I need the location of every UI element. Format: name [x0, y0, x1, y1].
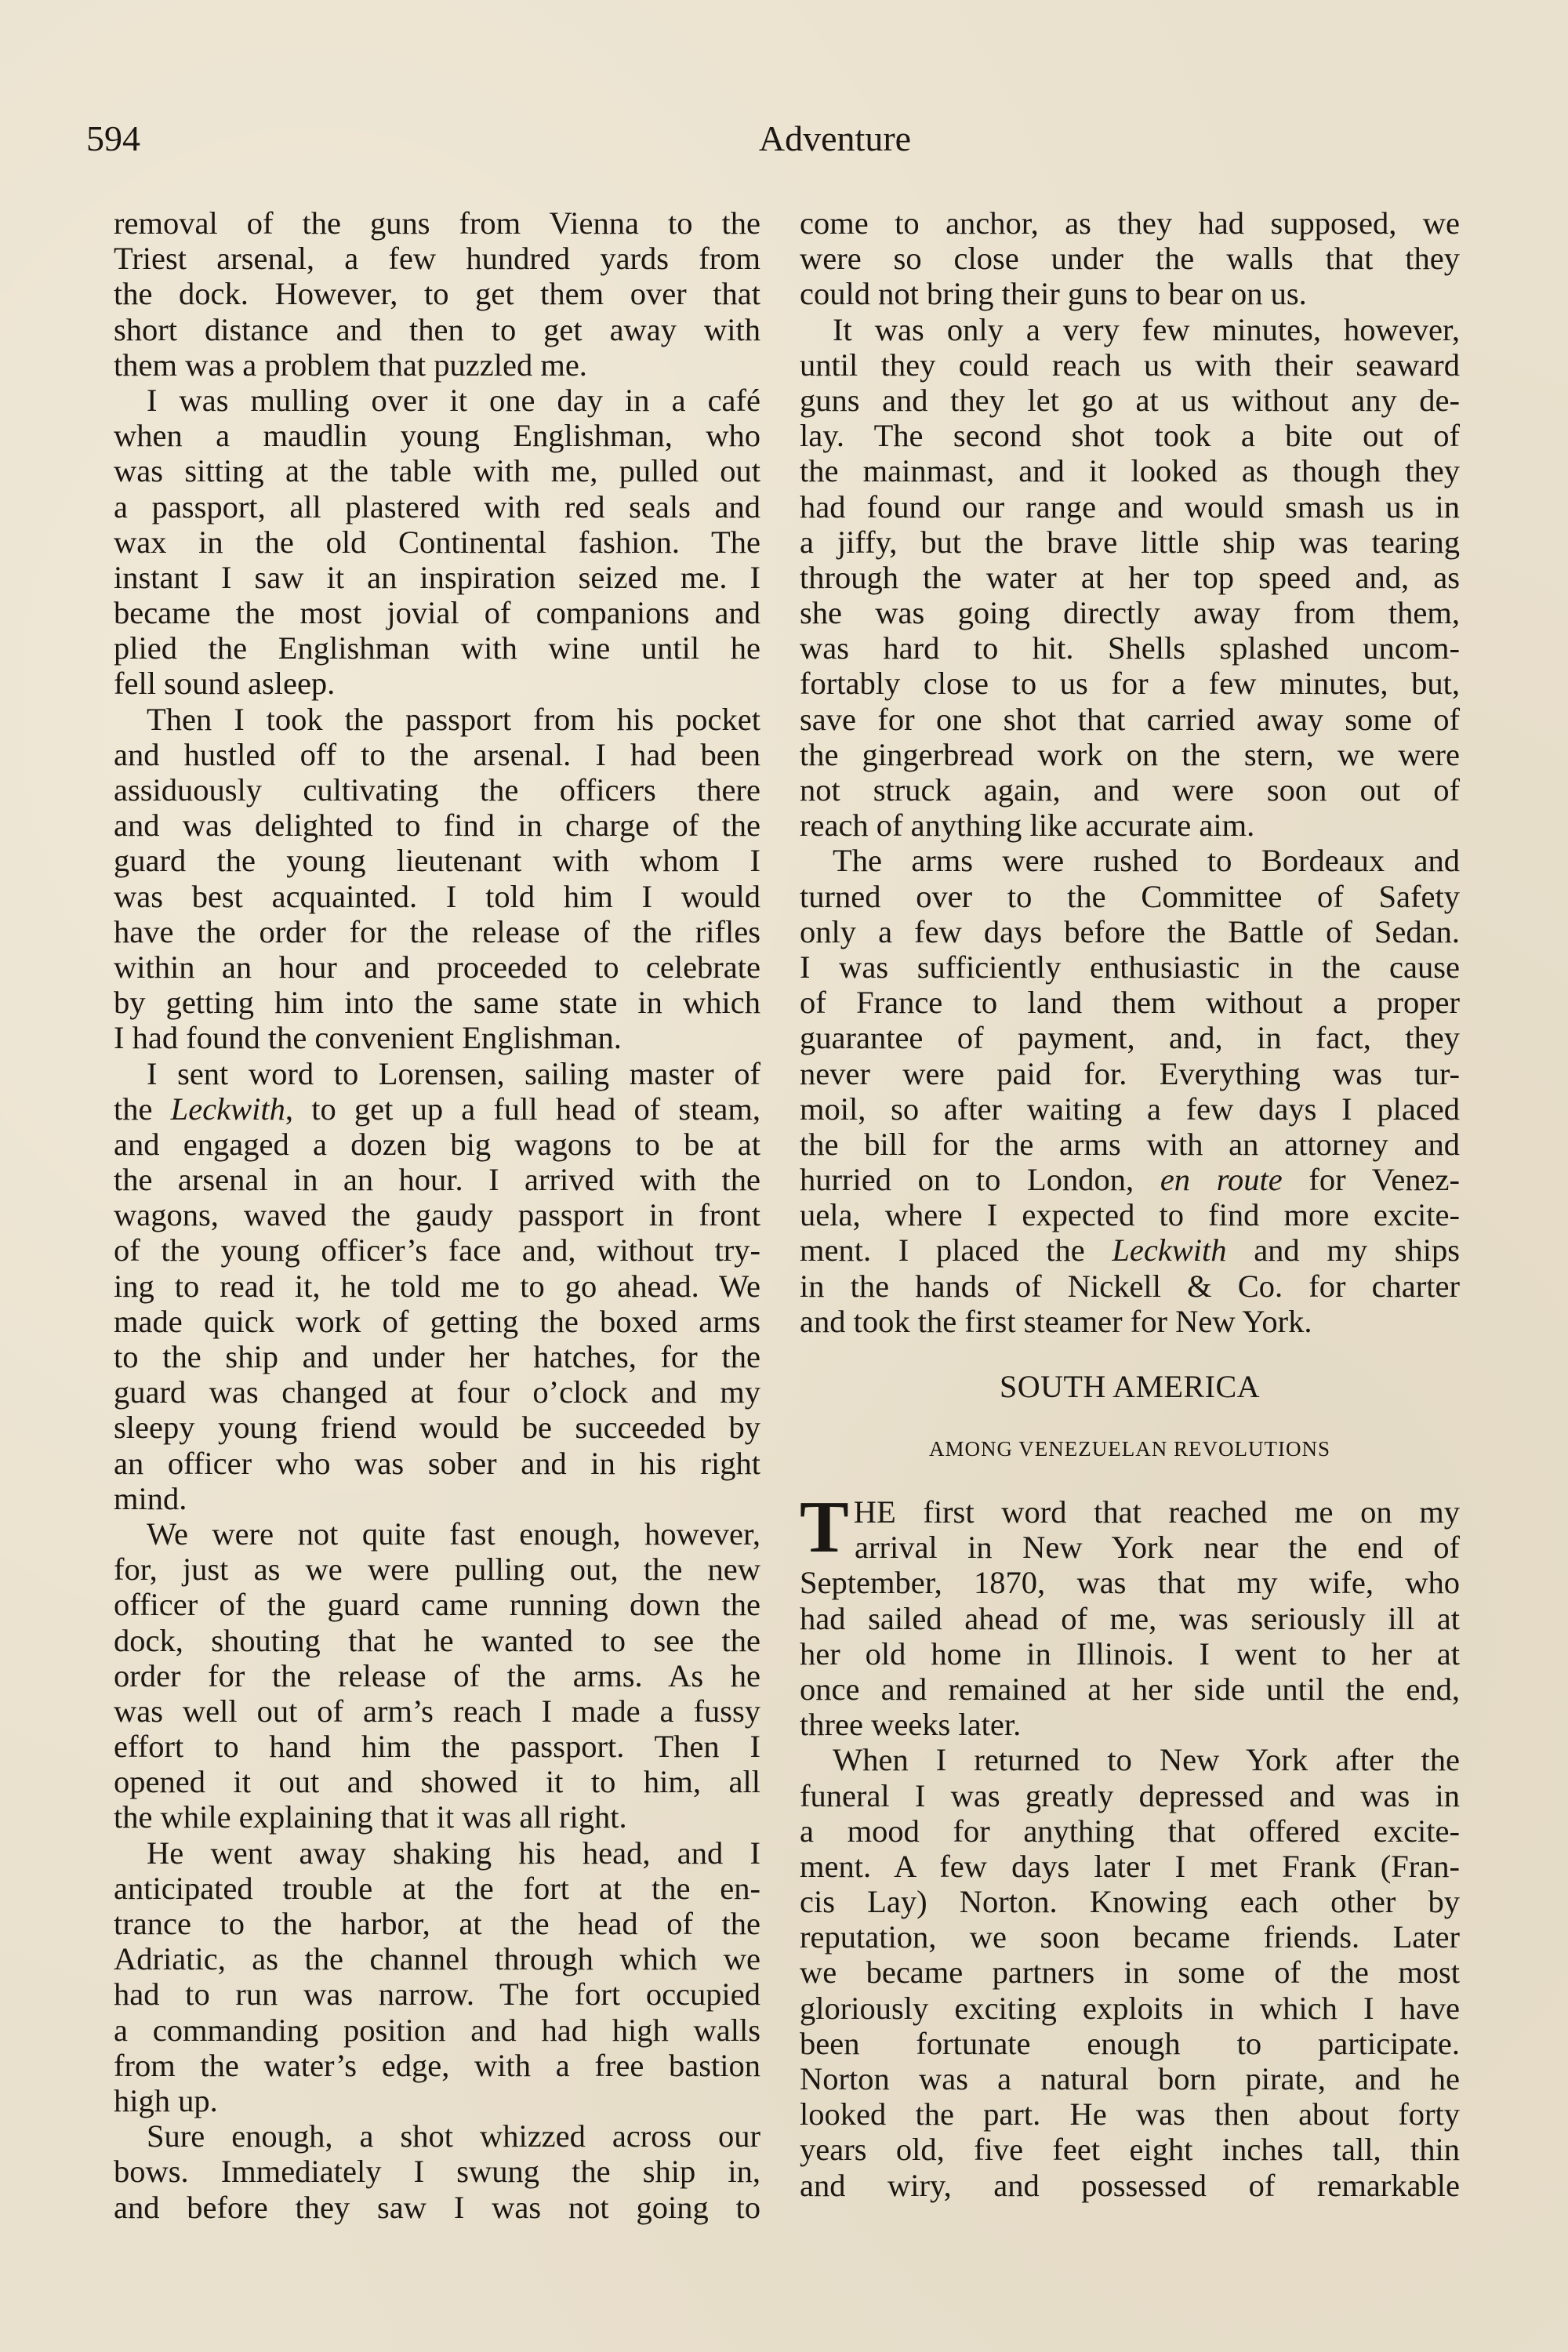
text-line: she was going directly away from them,	[800, 595, 1460, 630]
text-line: removal of the guns from Vienna to the	[114, 205, 760, 241]
text-line: her old home in Illinois. I went to her …	[800, 1636, 1460, 1671]
text-line: to the ship and under her hatches, for t…	[114, 1339, 760, 1374]
text-line: opened it out and showed it to him, all	[114, 1764, 760, 1799]
text-line: officer of the guard came running down t…	[114, 1587, 760, 1622]
text-line: could not bring their guns to bear on us…	[800, 276, 1460, 311]
text-line: a jiffy, but the brave little ship was t…	[800, 524, 1460, 560]
text-line: made quick work of getting the boxed arm…	[114, 1304, 760, 1339]
running-title: Adventure	[0, 118, 1568, 159]
text-line: was well out of arm’s reach I made a fus…	[114, 1693, 760, 1729]
text-line: ment. I placed the Leckwith and my ships	[800, 1232, 1460, 1268]
text-line: and before they saw I was not going to	[114, 2190, 760, 2225]
section-title: SOUTH AMERICA	[800, 1369, 1460, 1413]
text-line: the arsenal in an hour. I arrived with t…	[114, 1162, 760, 1197]
text-line: assiduously cultivating the officers the…	[114, 772, 760, 808]
text-line: by getting him into the same state in wh…	[114, 985, 760, 1020]
paragraph: We were not quite fast enough, however,f…	[114, 1516, 760, 1835]
text-line: HE first word that reached me on my	[800, 1494, 1460, 1530]
text-line: was hard to hit. Shells splashed uncom-	[800, 630, 1460, 666]
text-line: I sent word to Lorensen, sailing master …	[114, 1056, 760, 1091]
text-line: was sitting at the table with me, pulled…	[114, 453, 760, 488]
subsection-title: AMONG VENEZUELAN REVOLUTIONS	[800, 1432, 1460, 1494]
paragraph: Then I took the passport from his pocket…	[114, 702, 760, 1056]
paragraph: I was mulling over it one day in a caféw…	[114, 383, 760, 702]
text-line: I was sufficiently enthusiastic in the c…	[800, 949, 1460, 985]
paragraph: When I returned to New York after thefun…	[800, 1742, 1460, 2202]
text-line: of France to land them without a proper	[800, 985, 1460, 1020]
text-line: been fortunate enough to participate.	[800, 2026, 1460, 2061]
text-line: the while explaining that it was all rig…	[114, 1799, 760, 1835]
right-column-before-section: come to anchor, as they had supposed, we…	[800, 205, 1460, 1339]
right-column: come to anchor, as they had supposed, we…	[800, 205, 1460, 2203]
italic-text: en route	[1160, 1162, 1283, 1197]
text-line: a passport, all plastered with red seals…	[114, 489, 760, 524]
text-line: were so close under the walls that they	[800, 241, 1460, 276]
text-line: looked the part. He was then about forty	[800, 2096, 1460, 2132]
text-line: come to anchor, as they had supposed, we	[800, 205, 1460, 241]
text-line: Adriatic, as the channel through which w…	[114, 1941, 760, 1976]
text-line: uela, where I expected to find more exci…	[800, 1197, 1460, 1232]
text-line: not struck again, and were soon out of	[800, 772, 1460, 808]
text-line: was best acquainted. I told him I would	[114, 879, 760, 914]
paragraph: The arms were rushed to Bordeaux andturn…	[800, 843, 1460, 1339]
paragraph: It was only a very few minutes, however,…	[800, 312, 1460, 844]
left-column: removal of the guns from Vienna to theTr…	[114, 205, 760, 2225]
text-line: ment. A few days later I met Frank (Fran…	[800, 1849, 1460, 1884]
text-line: and hustled off to the arsenal. I had be…	[114, 737, 760, 772]
paragraph: come to anchor, as they had supposed, we…	[800, 205, 1460, 312]
text-line: and took the first steamer for New York.	[800, 1304, 1460, 1339]
paragraph: THE first word that reached me on myarri…	[800, 1494, 1460, 1742]
paragraph: He went away shaking his head, and Ianti…	[114, 1835, 760, 2119]
text-line: the dock. However, to get them over that	[114, 276, 760, 311]
text-line: lay. The second shot took a bite out of	[800, 418, 1460, 453]
text-line: mind.	[114, 1481, 760, 1516]
text-line: an officer who was sober and in his righ…	[114, 1446, 760, 1481]
text-line: Norton was a natural born pirate, and he	[800, 2061, 1460, 2096]
text-line: never were paid for. Everything was tur-	[800, 1056, 1460, 1091]
text-line: When I returned to New York after the	[800, 1742, 1460, 1777]
text-line: gloriously exciting exploits in which I …	[800, 1991, 1460, 2026]
text-line: reach of anything like accurate aim.	[800, 808, 1460, 843]
text-line: fortably close to us for a few minutes, …	[800, 666, 1460, 701]
right-column-after-section: THE first word that reached me on myarri…	[800, 1494, 1460, 2203]
text-line: the Leckwith, to get up a full head of s…	[114, 1091, 760, 1127]
text-line: have the order for the release of the ri…	[114, 914, 760, 949]
text-line: from the water’s edge, with a free basti…	[114, 2048, 760, 2083]
text-line: anticipated trouble at the fort at the e…	[114, 1871, 760, 1906]
text-line: had sailed ahead of me, was seriously il…	[800, 1601, 1460, 1636]
text-line: I had found the convenient Englishman.	[114, 1020, 760, 1055]
text-line: The arms were rushed to Bordeaux and	[800, 843, 1460, 878]
drop-cap: T	[800, 1496, 849, 1563]
text-line: short distance and then to get away with	[114, 312, 760, 347]
text-line: instant I saw it an inspiration seized m…	[114, 560, 760, 595]
text-line: guard was changed at four o’clock and my	[114, 1374, 760, 1410]
text-line: for, just as we were pulling out, the ne…	[114, 1552, 760, 1587]
text-line: bows. Immediately I swung the ship in,	[114, 2154, 760, 2189]
text-line: and was delighted to find in charge of t…	[114, 808, 760, 843]
text-line: the bill for the arms with an attorney a…	[800, 1127, 1460, 1162]
text-line: and engaged a dozen big wagons to be at	[114, 1127, 760, 1162]
text-line: wagons, waved the gaudy passport in fron…	[114, 1197, 760, 1232]
text-line: had to run was narrow. The fort occupied	[114, 1976, 760, 2012]
text-line: had found our range and would smash us i…	[800, 489, 1460, 524]
italic-text: Leckwith	[1112, 1232, 1226, 1268]
text-line: funeral I was greatly depressed and was …	[800, 1778, 1460, 1813]
text-line: turned over to the Committee of Safety	[800, 879, 1460, 914]
text-line: three weeks later.	[800, 1707, 1460, 1742]
text-line: them was a problem that puzzled me.	[114, 347, 760, 383]
text-line: effort to hand him the passport. Then I	[114, 1729, 760, 1764]
paragraph: I sent word to Lorensen, sailing master …	[114, 1056, 760, 1516]
text-line: when a maudlin young Englishman, who	[114, 418, 760, 453]
text-line: the gingerbread work on the stern, we we…	[800, 737, 1460, 772]
text-line: wax in the old Continental fashion. The	[114, 524, 760, 560]
text-line: guard the young lieutenant with whom I	[114, 843, 760, 878]
text-line: guns and they let go at us without any d…	[800, 383, 1460, 418]
text-line: only a few days before the Battle of Sed…	[800, 914, 1460, 949]
text-line: once and remained at her side until the …	[800, 1671, 1460, 1707]
text-line: a mood for anything that offered excite-	[800, 1813, 1460, 1849]
text-line: and wiry, and possessed of remarkable	[800, 2168, 1460, 2203]
text-line: Triest arsenal, a few hundred yards from	[114, 241, 760, 276]
text-line: hurried on to London, en route for Venez…	[800, 1162, 1460, 1197]
italic-text: Leckwith	[171, 1091, 285, 1127]
text-line: years old, five feet eight inches tall, …	[800, 2132, 1460, 2167]
text-line: arrival in New York near the end of	[800, 1530, 1460, 1565]
text-line: plied the Englishman with wine until he	[114, 630, 760, 666]
text-line: we became partners in some of the most	[800, 1955, 1460, 1990]
text-line: guarantee of payment, and, in fact, they	[800, 1020, 1460, 1055]
text-line: ing to read it, he told me to go ahead. …	[114, 1269, 760, 1304]
text-line: It was only a very few minutes, however,	[800, 312, 1460, 347]
text-line: sleepy young friend would be succeeded b…	[114, 1410, 760, 1445]
text-line: within an hour and proceeded to celebrat…	[114, 949, 760, 985]
text-line: Sure enough, a shot whizzed across our	[114, 2118, 760, 2154]
text-line: save for one shot that carried away some…	[800, 702, 1460, 737]
text-line: He went away shaking his head, and I	[114, 1835, 760, 1871]
text-line: fell sound asleep.	[114, 666, 760, 701]
text-line: order for the release of the arms. As he	[114, 1658, 760, 1693]
text-line: cis Lay) Norton. Knowing each other by	[800, 1884, 1460, 1919]
text-line: reputation, we soon became friends. Late…	[800, 1919, 1460, 1955]
text-line: in the hands of Nickell & Co. for charte…	[800, 1269, 1460, 1304]
text-line: I was mulling over it one day in a café	[114, 383, 760, 418]
text-line: We were not quite fast enough, however,	[114, 1516, 760, 1552]
text-line: Then I took the passport from his pocket	[114, 702, 760, 737]
paragraph: removal of the guns from Vienna to theTr…	[114, 205, 760, 383]
text-line: until they could reach us with their sea…	[800, 347, 1460, 383]
paragraph: Sure enough, a shot whizzed across ourbo…	[114, 2118, 760, 2225]
text-line: high up.	[114, 2083, 760, 2118]
text-line: of the young officer’s face and, without…	[114, 1232, 760, 1268]
text-line: the mainmast, and it looked as though th…	[800, 453, 1460, 488]
text-line: dock, shouting that he wanted to see the	[114, 1623, 760, 1658]
text-line: moil, so after waiting a few days I plac…	[800, 1091, 1460, 1127]
text-line: trance to the harbor, at the head of the	[114, 1906, 760, 1941]
text-line: a commanding position and had high walls	[114, 2013, 760, 2048]
text-line: September, 1870, was that my wife, who	[800, 1565, 1460, 1600]
text-line: through the water at her top speed and, …	[800, 560, 1460, 595]
text-line: became the most jovial of companions and	[114, 595, 760, 630]
